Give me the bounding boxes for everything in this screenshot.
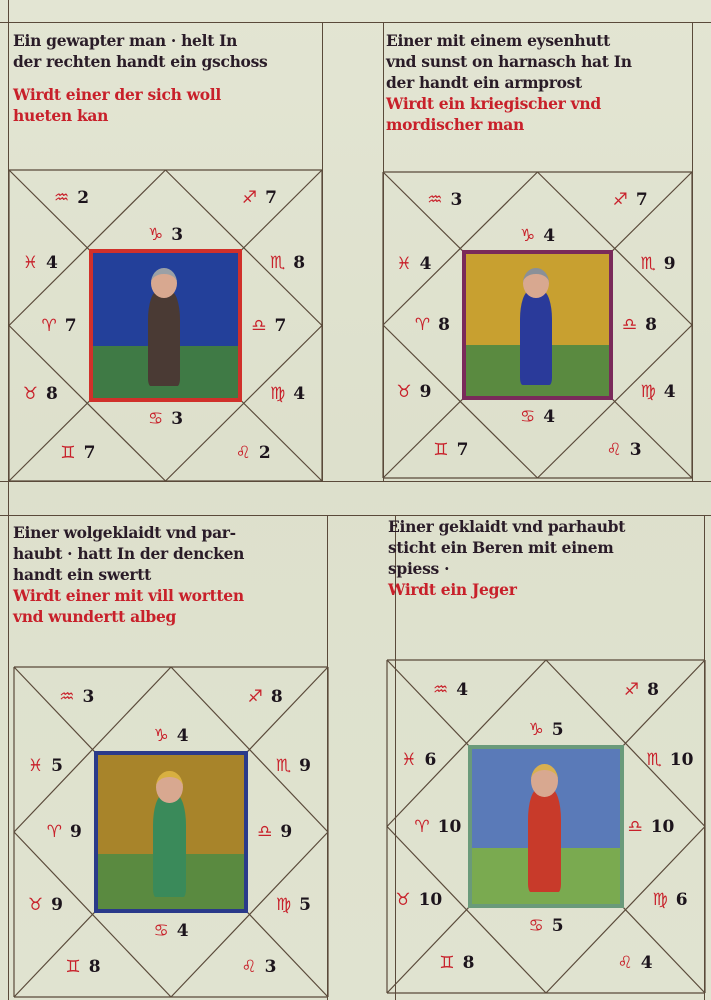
house-cell-top-right: ♐7 bbox=[242, 188, 277, 208]
miniature-figure-head bbox=[531, 764, 558, 796]
house-value: 9 bbox=[420, 382, 432, 402]
virgo-sign-icon: ♍ bbox=[640, 382, 655, 402]
house-value: 7 bbox=[457, 440, 469, 460]
house-cell-left-top: ♓5 bbox=[28, 756, 63, 776]
house-value: 7 bbox=[636, 190, 648, 210]
house-value: 3 bbox=[83, 687, 95, 707]
taurus-sign-icon: ♉ bbox=[395, 890, 410, 910]
pisces-sign-icon: ♓ bbox=[28, 756, 43, 776]
house-value: 5 bbox=[299, 895, 311, 915]
house-value: 7 bbox=[265, 188, 277, 208]
panel-top-right-text: Einer mit einem eysenhutt vnd sunst on h… bbox=[386, 30, 689, 135]
house-value: 3 bbox=[630, 440, 642, 460]
cancer-sign-icon: ♋ bbox=[520, 407, 535, 427]
house-value: 3 bbox=[171, 409, 183, 429]
house-value: 5 bbox=[552, 916, 564, 936]
panel-top-left-text: Ein gewapter man · helt In der rechten h… bbox=[13, 30, 319, 126]
miniature-figure bbox=[528, 789, 561, 891]
capricorn-sign-icon: ♑ bbox=[520, 226, 535, 246]
house-cell-top-mid: ♑3 bbox=[148, 225, 183, 245]
aquarius-sign-icon: ♒ bbox=[427, 190, 442, 210]
house-cell-left-bottom: ♉8 bbox=[23, 384, 58, 404]
house-value: 2 bbox=[259, 443, 271, 463]
gemini-sign-icon: ♊ bbox=[433, 440, 448, 460]
verdict-line: mordischer man bbox=[386, 114, 689, 135]
horoscope-chart-top-left: ♒2♐7♑3♏8♓4♈7♎7♉8♍4♋3♊7♌2 bbox=[9, 170, 322, 481]
house-cell-top-mid: ♑4 bbox=[153, 726, 188, 746]
scorpio-sign-icon: ♏ bbox=[276, 756, 291, 776]
miniature-figure bbox=[153, 795, 185, 896]
rule-top bbox=[0, 22, 711, 23]
house-cell-right-top: ♏10 bbox=[647, 750, 694, 770]
miniature-figure-head bbox=[156, 771, 182, 803]
gemini-sign-icon: ♊ bbox=[439, 953, 454, 973]
house-value: 4 bbox=[543, 226, 555, 246]
aries-sign-icon: ♈ bbox=[415, 315, 430, 335]
caption-line: der handt ein armprost bbox=[386, 72, 689, 93]
caption-line: sticht ein Beren mit einem bbox=[388, 537, 698, 558]
virgo-sign-icon: ♍ bbox=[270, 384, 285, 404]
house-cell-bottom-left: ♊8 bbox=[439, 953, 474, 973]
house-value: 7 bbox=[65, 316, 77, 336]
house-value: 3 bbox=[265, 957, 277, 977]
sagittarius-sign-icon: ♐ bbox=[624, 680, 639, 700]
house-value: 4 bbox=[543, 407, 555, 427]
scorpio-sign-icon: ♏ bbox=[647, 750, 662, 770]
house-cell-bottom-mid: ♋4 bbox=[520, 407, 555, 427]
house-cell-right-bottom: ♍4 bbox=[640, 382, 675, 402]
caption-line: haubt · hatt In der dencken bbox=[13, 543, 323, 564]
house-cell-top-right: ♐8 bbox=[248, 687, 283, 707]
aquarius-sign-icon: ♒ bbox=[54, 188, 69, 208]
house-value: 4 bbox=[664, 382, 676, 402]
house-cell-top-mid: ♑4 bbox=[520, 226, 555, 246]
house-cell-bottom-right: ♌4 bbox=[617, 953, 652, 973]
house-value: 4 bbox=[177, 921, 189, 941]
manuscript-page: Ein gewapter man · helt In der rechten h… bbox=[0, 0, 711, 1000]
house-value: 4 bbox=[46, 253, 58, 273]
house-value: 3 bbox=[451, 190, 463, 210]
house-cell-bottom-left: ♊7 bbox=[433, 440, 468, 460]
verdict-line: vnd wundertt albeg bbox=[13, 606, 323, 627]
verdict-line: Wirdt ein Jeger bbox=[388, 579, 698, 600]
horoscope-chart-bottom-right: ♒4♐8♑5♏10♓6♈10♎10♉10♍6♋5♊8♌4 bbox=[387, 660, 705, 993]
house-value: 9 bbox=[70, 822, 82, 842]
caption-line: vnd sunst on harnasch hat In bbox=[386, 51, 689, 72]
house-value: 2 bbox=[77, 188, 89, 208]
house-value: 4 bbox=[456, 680, 468, 700]
cancer-sign-icon: ♋ bbox=[153, 921, 168, 941]
virgo-sign-icon: ♍ bbox=[276, 895, 291, 915]
house-value: 8 bbox=[271, 687, 283, 707]
house-value: 9 bbox=[51, 895, 63, 915]
capricorn-sign-icon: ♑ bbox=[153, 726, 168, 746]
taurus-sign-icon: ♉ bbox=[396, 382, 411, 402]
house-value: 8 bbox=[647, 680, 659, 700]
leo-sign-icon: ♌ bbox=[617, 953, 632, 973]
house-value: 8 bbox=[46, 384, 58, 404]
house-cell-left-mid: ♈9 bbox=[47, 822, 82, 842]
house-value: 3 bbox=[171, 225, 183, 245]
house-cell-bottom-mid: ♋3 bbox=[148, 409, 183, 429]
house-cell-bottom-left: ♊8 bbox=[66, 957, 101, 977]
house-value: 4 bbox=[293, 384, 305, 404]
house-value: 7 bbox=[274, 316, 286, 336]
libra-sign-icon: ♎ bbox=[251, 316, 266, 336]
house-cell-left-bottom: ♉10 bbox=[395, 890, 442, 910]
house-cell-top-right: ♐7 bbox=[613, 190, 648, 210]
house-cell-bottom-mid: ♋5 bbox=[528, 916, 563, 936]
taurus-sign-icon: ♉ bbox=[23, 384, 38, 404]
house-cell-right-mid: ♎7 bbox=[251, 316, 286, 336]
house-value: 9 bbox=[299, 756, 311, 776]
caption-line: Einer mit einem eysenhutt bbox=[386, 30, 689, 51]
house-value: 6 bbox=[676, 890, 688, 910]
house-cell-bottom-right: ♌3 bbox=[241, 957, 276, 977]
panel-bottom-left-text: Einer wolgeklaidt vnd par- haubt · hatt … bbox=[13, 522, 323, 627]
miniature-painting bbox=[89, 249, 242, 401]
house-value: 9 bbox=[280, 822, 292, 842]
miniature-painting bbox=[94, 751, 248, 913]
pisces-sign-icon: ♓ bbox=[396, 254, 411, 274]
scorpio-sign-icon: ♏ bbox=[640, 254, 655, 274]
horoscope-chart-top-right: ♒3♐7♑4♏9♓4♈8♎8♉9♍4♋4♊7♌3 bbox=[383, 172, 692, 478]
house-cell-left-bottom: ♉9 bbox=[28, 895, 63, 915]
miniature-figure bbox=[520, 291, 552, 385]
house-cell-left-mid: ♈8 bbox=[415, 315, 450, 335]
house-cell-bottom-right: ♌3 bbox=[606, 440, 641, 460]
caption-line: handt ein swertt bbox=[13, 564, 323, 585]
house-value: 4 bbox=[177, 726, 189, 746]
house-cell-left-bottom: ♉9 bbox=[396, 382, 431, 402]
caption-line: der rechten handt ein gschoss bbox=[13, 51, 319, 72]
verdict-line: Wirdt einer mit vill wortten bbox=[13, 585, 323, 606]
libra-sign-icon: ♎ bbox=[622, 315, 637, 335]
panel-bottom-right-text: Einer geklaidt vnd parhaubt sticht ein B… bbox=[388, 516, 698, 600]
sagittarius-sign-icon: ♐ bbox=[242, 188, 257, 208]
house-value: 8 bbox=[645, 315, 657, 335]
house-value: 8 bbox=[438, 315, 450, 335]
house-value: 4 bbox=[641, 953, 653, 973]
house-cell-left-top: ♓6 bbox=[401, 750, 436, 770]
house-value: 8 bbox=[293, 253, 305, 273]
miniature-figure bbox=[148, 291, 180, 386]
aries-sign-icon: ♈ bbox=[47, 822, 62, 842]
rule-left-outer bbox=[8, 0, 9, 1000]
house-cell-right-top: ♏9 bbox=[276, 756, 311, 776]
gemini-sign-icon: ♊ bbox=[60, 443, 75, 463]
caption-line: Einer wolgeklaidt vnd par- bbox=[13, 522, 323, 543]
house-cell-right-mid: ♎9 bbox=[257, 822, 292, 842]
house-cell-top-left: ♒4 bbox=[433, 680, 468, 700]
leo-sign-icon: ♌ bbox=[236, 443, 251, 463]
cancer-sign-icon: ♋ bbox=[528, 916, 543, 936]
house-cell-right-top: ♏9 bbox=[640, 254, 675, 274]
house-cell-left-mid: ♈7 bbox=[42, 316, 77, 336]
house-cell-left-mid: ♈10 bbox=[414, 817, 461, 837]
house-cell-right-bottom: ♍4 bbox=[270, 384, 305, 404]
pisces-sign-icon: ♓ bbox=[401, 750, 416, 770]
leo-sign-icon: ♌ bbox=[241, 957, 256, 977]
house-value: 4 bbox=[420, 254, 432, 274]
house-cell-bottom-mid: ♋4 bbox=[153, 921, 188, 941]
aquarius-sign-icon: ♒ bbox=[433, 680, 448, 700]
house-cell-top-left: ♒3 bbox=[427, 190, 462, 210]
house-value: 5 bbox=[51, 756, 63, 776]
sagittarius-sign-icon: ♐ bbox=[613, 190, 628, 210]
house-value: 5 bbox=[552, 720, 564, 740]
house-value: 10 bbox=[670, 750, 694, 770]
miniature-painting bbox=[468, 745, 624, 908]
taurus-sign-icon: ♉ bbox=[28, 895, 43, 915]
aries-sign-icon: ♈ bbox=[42, 316, 57, 336]
gemini-sign-icon: ♊ bbox=[66, 957, 81, 977]
caption-line: spiess · bbox=[388, 558, 698, 579]
house-value: 8 bbox=[89, 957, 101, 977]
house-cell-right-bottom: ♍5 bbox=[276, 895, 311, 915]
miniature-painting bbox=[462, 250, 613, 400]
house-value: 10 bbox=[419, 890, 443, 910]
aries-sign-icon: ♈ bbox=[414, 817, 429, 837]
libra-sign-icon: ♎ bbox=[627, 817, 642, 837]
house-cell-right-top: ♏8 bbox=[270, 253, 305, 273]
caption-line: Einer geklaidt vnd parhaubt bbox=[388, 516, 698, 537]
house-value: 9 bbox=[664, 254, 676, 274]
house-cell-right-mid: ♎10 bbox=[627, 817, 674, 837]
house-cell-left-top: ♓4 bbox=[23, 253, 58, 273]
libra-sign-icon: ♎ bbox=[257, 822, 272, 842]
house-cell-top-right: ♐8 bbox=[624, 680, 659, 700]
pisces-sign-icon: ♓ bbox=[23, 253, 38, 273]
leo-sign-icon: ♌ bbox=[606, 440, 621, 460]
virgo-sign-icon: ♍ bbox=[652, 890, 667, 910]
house-cell-top-left: ♒2 bbox=[54, 188, 89, 208]
house-cell-right-bottom: ♍6 bbox=[652, 890, 687, 910]
aquarius-sign-icon: ♒ bbox=[59, 687, 74, 707]
horoscope-chart-bottom-left: ♒3♐8♑4♏9♓5♈9♎9♉9♍5♋4♊8♌3 bbox=[14, 667, 328, 997]
house-cell-bottom-left: ♊7 bbox=[60, 443, 95, 463]
house-cell-right-mid: ♎8 bbox=[622, 315, 657, 335]
house-value: 8 bbox=[463, 953, 475, 973]
caption-line: Ein gewapter man · helt In bbox=[13, 30, 319, 51]
house-value: 10 bbox=[651, 817, 675, 837]
capricorn-sign-icon: ♑ bbox=[528, 720, 543, 740]
sagittarius-sign-icon: ♐ bbox=[248, 687, 263, 707]
house-cell-top-mid: ♑5 bbox=[528, 720, 563, 740]
house-value: 6 bbox=[425, 750, 437, 770]
house-cell-bottom-right: ♌2 bbox=[236, 443, 271, 463]
cancer-sign-icon: ♋ bbox=[148, 409, 163, 429]
house-value: 7 bbox=[84, 443, 96, 463]
house-cell-top-left: ♒3 bbox=[59, 687, 94, 707]
house-value: 10 bbox=[438, 817, 462, 837]
verdict-line: Wirdt einer der sich woll bbox=[13, 84, 319, 105]
miniature-figure-head bbox=[151, 268, 177, 299]
capricorn-sign-icon: ♑ bbox=[148, 225, 163, 245]
house-cell-left-top: ♓4 bbox=[396, 254, 431, 274]
verdict-line: Wirdt ein kriegischer vnd bbox=[386, 93, 689, 114]
verdict-line: hueten kan bbox=[13, 105, 319, 126]
scorpio-sign-icon: ♏ bbox=[270, 253, 285, 273]
